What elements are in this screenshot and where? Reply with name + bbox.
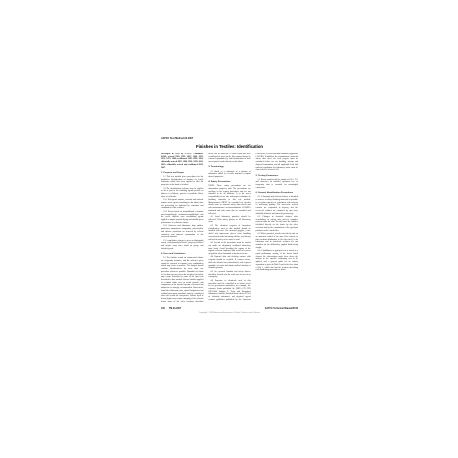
copyright-line: Copyright © 2009 American Association of… [161,312,298,314]
document-paragraph: 1.2.2 Resins based on formaldehyde react… [161,211,203,225]
document-paragraph: 4.3 Several of the procedures must be ca… [208,242,250,256]
document-paragraph: 1.1 This test method gives procedures fo… [161,176,203,187]
document-paragraph: 4.4 Exposed skin and clothing contact wi… [208,256,250,270]
method-code: TM 94-2007 [169,308,181,310]
document-footer: 132 TM 94-2007 AATCC Technical Manual/20… [161,308,298,310]
document-paragraph: 6.2 Changes in chemical finishes after c… [256,216,298,232]
section-heading: 3. Terminology [208,166,250,169]
document-paragraph: 4.1 Good laboratory practices should be … [208,216,250,224]
document-paragraph: 3.1 finish, n.—a substance or a mixture … [208,171,250,179]
document-paragraph: 6.1 A thorough and efficient scheme is i… [256,196,298,215]
method-number-header: AATCC Test Method 94-2007 [161,137,298,140]
page-title: Finishes in Textiles: Identification [161,144,298,149]
document-body: Developed in 1958 by AATCC Committee RA4… [161,153,298,304]
page-canvas: AATCC Test Method 94-2007 Finishes in Te… [0,0,458,458]
document-paragraph: 1.2.1 Detergents: anionic, nonionic and … [161,199,203,210]
document-paragraph: 1.2.3 Softeners and lubricants: fatty am… [161,225,203,239]
manual-title: AATCC Technical Manual/2010 [265,308,298,310]
section-heading: 5. Testing Parameters [256,175,298,178]
document-paragraph: 5.1 Before analysis dry the sample at 10… [256,179,298,190]
revision-history: Developed in 1958 by AATCC Committee RA4… [161,153,203,169]
document-paragraph: 4.5 An eyewash fountain and safety showe… [208,271,250,279]
document-page: AATCC Test Method 94-2007 Finishes in Te… [161,137,298,329]
document-paragraph: 6.4 A distillation or pyrolysis test is … [256,250,298,272]
section-heading: 6. General Identification Procedures [256,192,298,195]
safety-note: NOTE: These safety precautions are for i… [208,185,250,215]
page-number: 132 [161,308,165,310]
document-paragraph: 6.3 Where practical, run the tests side … [256,233,298,249]
document-paragraph: 1.2 The identification schemes may be ap… [161,188,203,199]
document-paragraph: 4.2 The chemical reagents of hazardous c… [208,225,250,241]
section-heading: 2. Uses and Limitations [161,253,203,256]
section-heading: 1. Purpose and Scope [161,172,203,175]
section-heading: 4. Safety Precautions [208,181,250,184]
document-paragraph: 1.3 A qualitative scheme is given to dis… [161,240,203,251]
